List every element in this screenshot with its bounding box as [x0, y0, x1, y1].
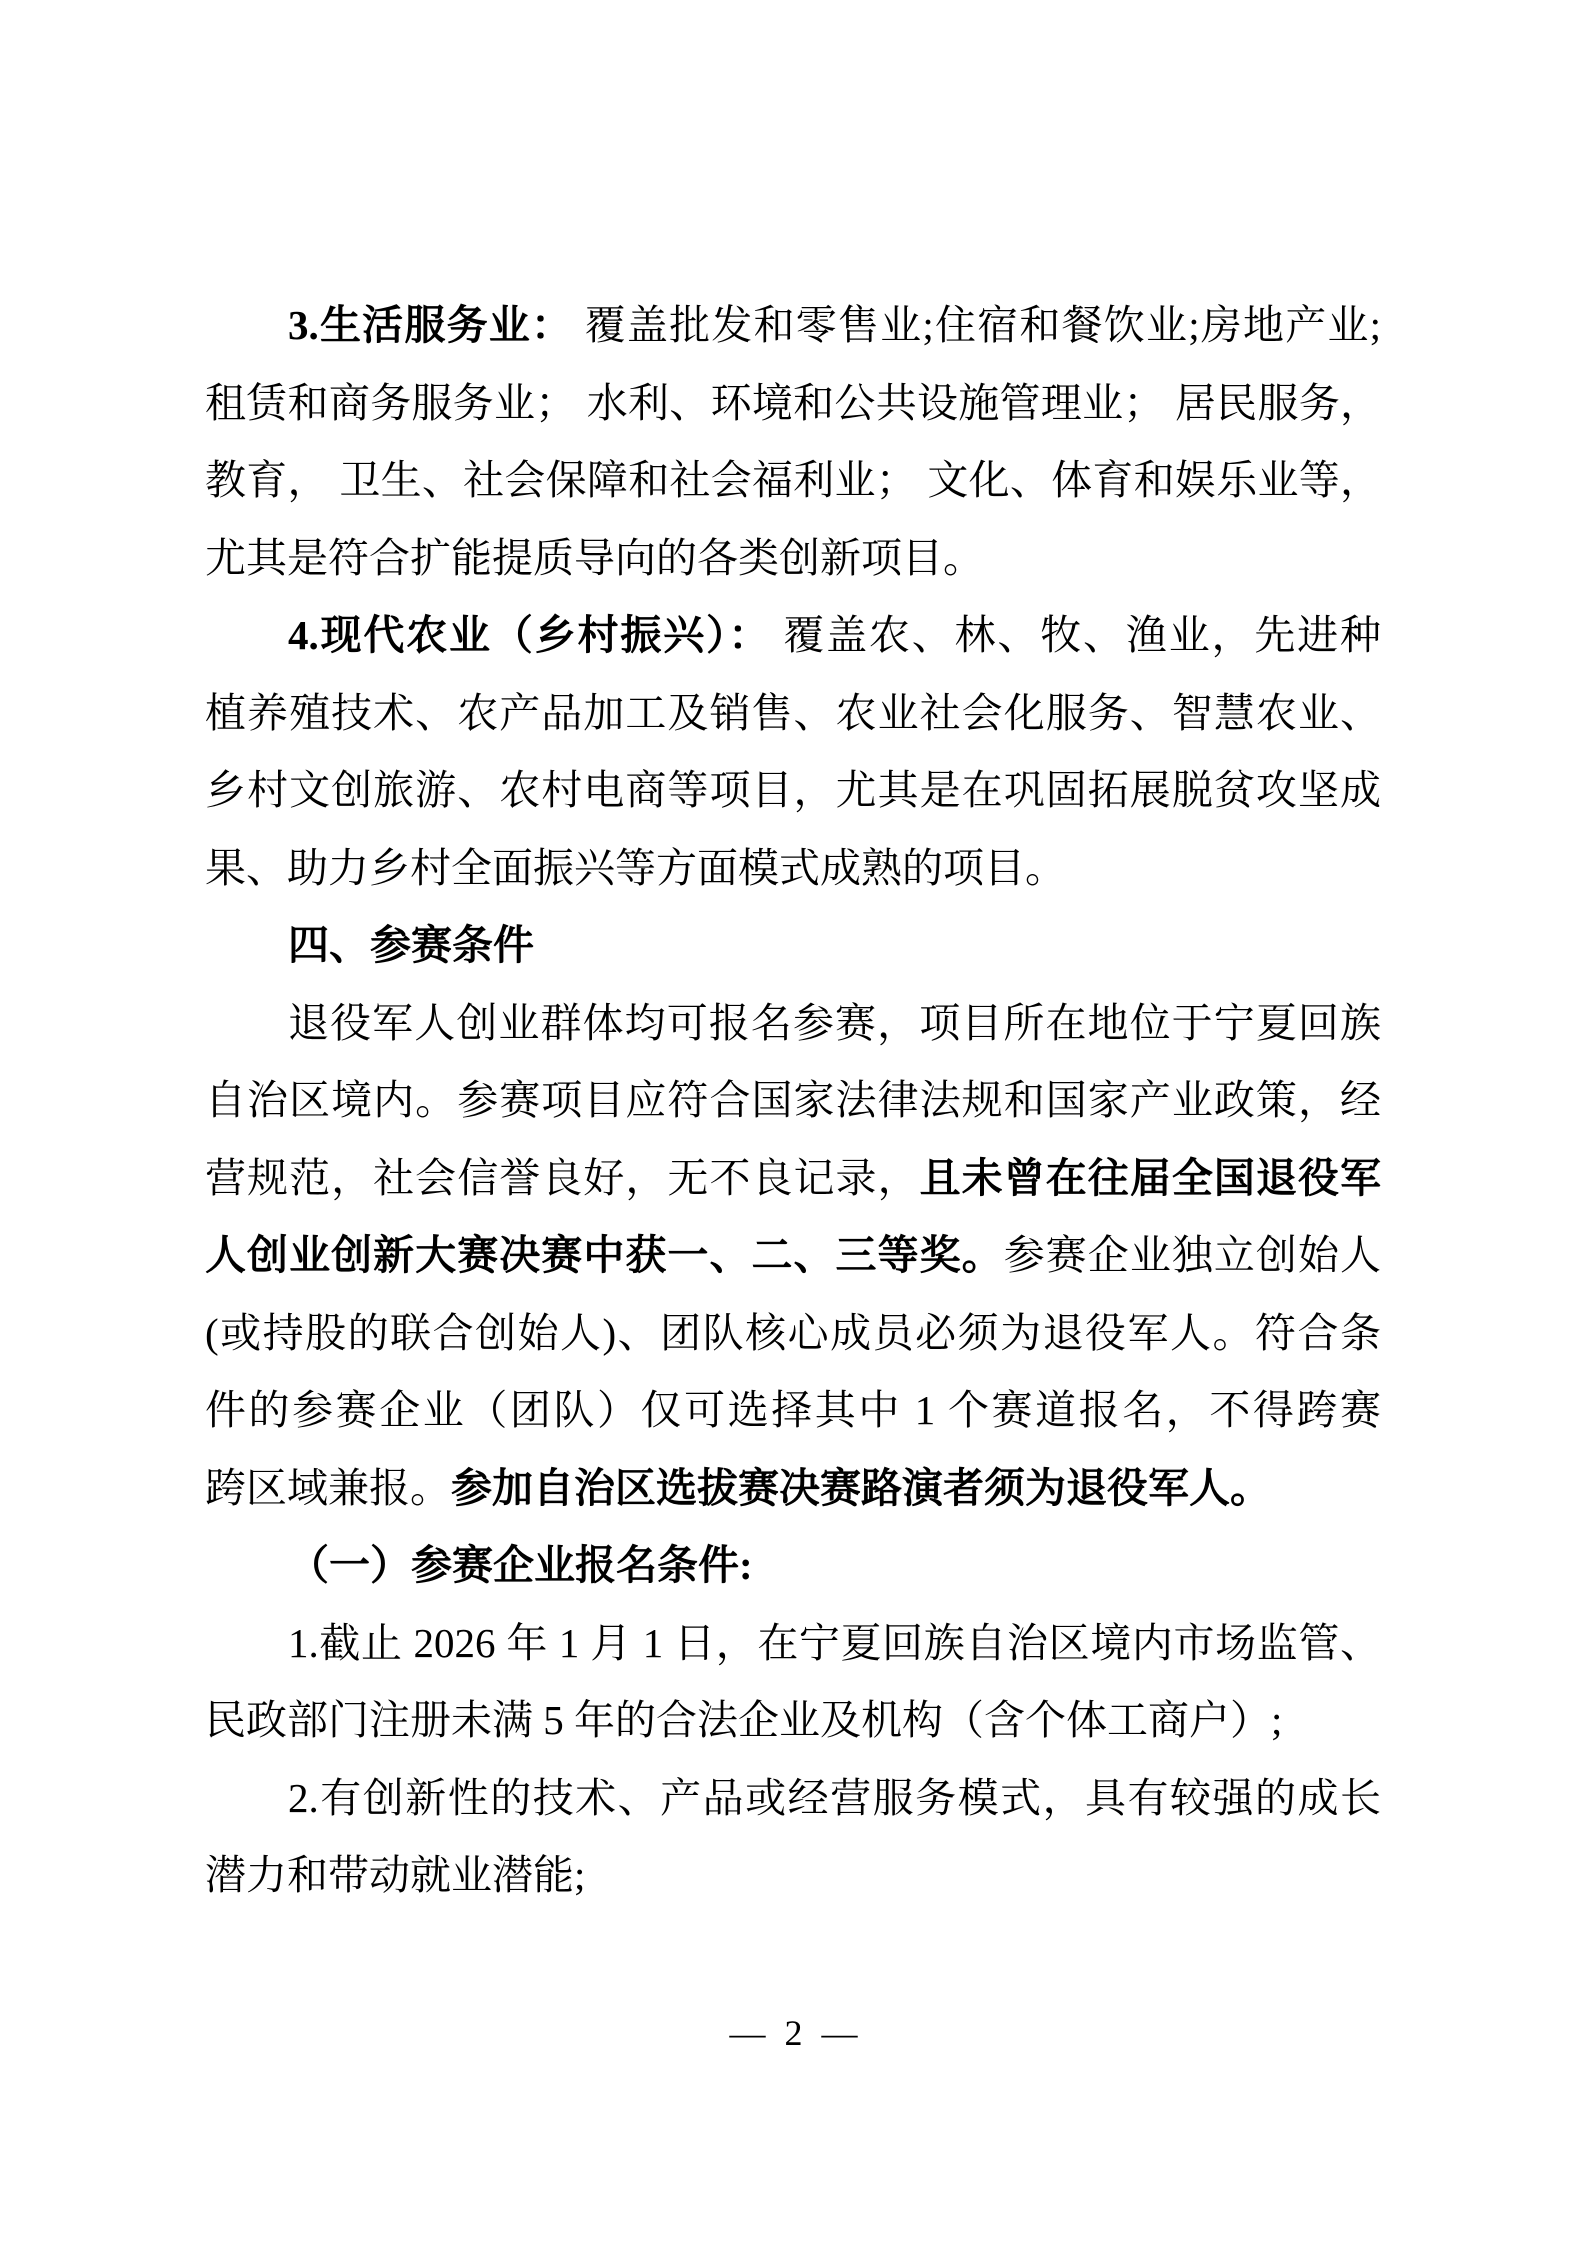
text-run: (或持股的联合创始人)、团队核心成员必须为退役军人。符合条: [205, 1310, 1381, 1356]
bold-text-run: 且未曾在往届全国退役军: [920, 1155, 1381, 1201]
text-run: 植养殖技术、农产品加工及销售、农业社会化服务、智慧农业、: [205, 690, 1381, 736]
bold-text-run: 3.生活服务业：: [288, 302, 573, 348]
subsection-heading: （一）参赛企业报名条件:: [205, 1527, 1381, 1605]
text-run: 教育， 卫生、社会保障和社会福利业； 文化、体育和娱乐业等，: [205, 457, 1381, 503]
text-line: 营规范，社会信誉良好，无不良记录，且未曾在往届全国退役军: [205, 1140, 1381, 1218]
bold-text-run: 人创业创新大赛决赛中获一、二、三等奖。: [205, 1232, 1004, 1278]
text-run: 自治区境内。参赛项目应符合国家法律法规和国家产业政策，经: [205, 1077, 1381, 1123]
text-line: 3.生活服务业： 覆盖批发和零售业;住宿和餐饮业;房地产业;: [205, 287, 1381, 365]
text-line: 租赁和商务服务业； 水利、环境和公共设施管理业； 居民服务，: [205, 365, 1381, 443]
text-line: 植养殖技术、农产品加工及销售、农业社会化服务、智慧农业、: [205, 675, 1381, 753]
text-line: 教育， 卫生、社会保障和社会福利业； 文化、体育和娱乐业等，: [205, 442, 1381, 520]
text-run: 潜力和带动就业潜能;: [205, 1852, 585, 1898]
document-page: 3.生活服务业： 覆盖批发和零售业;住宿和餐饮业;房地产业;租赁和商务服务业； …: [0, 0, 1587, 2245]
text-line: 乡村文创旅游、农村电商等项目，尤其是在巩固拓展脱贫攻坚成: [205, 752, 1381, 830]
text-line: 退役军人创业群体均可报名参赛，项目所在地位于宁夏回族: [205, 985, 1381, 1063]
text-run: 跨区域兼报。: [205, 1465, 451, 1511]
text-run: 退役军人创业群体均可报名参赛，项目所在地位于宁夏回族: [288, 1000, 1381, 1046]
text-run: 1.截止 2026 年 1 月 1 日，在宁夏回族自治区境内市场监管、: [288, 1620, 1381, 1666]
bold-text-run: 4.现代农业（乡村振兴）：: [288, 612, 771, 658]
text-line: (或持股的联合创始人)、团队核心成员必须为退役军人。符合条: [205, 1295, 1381, 1373]
bold-text-run: 四、参赛条件: [288, 922, 534, 968]
text-run: 参赛企业独立创始人: [1004, 1232, 1381, 1278]
text-run: 营规范，社会信誉良好，无不良记录，: [205, 1155, 920, 1201]
text-line: 潜力和带动就业潜能;: [205, 1837, 1381, 1915]
text-run: 件的参赛企业（团队）仅可选择其中 1 个赛道报名，不得跨赛道、: [205, 1387, 1381, 1450]
text-line: 民政部门注册未满 5 年的合法企业及机构（含个体工商户）;: [205, 1682, 1381, 1760]
text-line: 人创业创新大赛决赛中获一、二、三等奖。参赛企业独立创始人: [205, 1217, 1381, 1295]
bold-text-run: （一）参赛企业报名条件:: [288, 1542, 753, 1588]
text-run: 覆盖批发和零售业;住宿和餐饮业;房地产业;: [573, 302, 1381, 348]
section-heading: 四、参赛条件: [205, 907, 1381, 985]
text-line: 尤其是符合扩能提质导向的各类创新项目。: [205, 520, 1381, 598]
text-run: 乡村文创旅游、农村电商等项目，尤其是在巩固拓展脱贫攻坚成: [205, 767, 1381, 813]
text-line: 果、助力乡村全面振兴等方面模式成熟的项目。: [205, 830, 1381, 908]
text-line: 1.截止 2026 年 1 月 1 日，在宁夏回族自治区境内市场监管、: [205, 1605, 1381, 1683]
text-line: 自治区境内。参赛项目应符合国家法律法规和国家产业政策，经: [205, 1062, 1381, 1140]
text-run: 民政部门注册未满 5 年的合法企业及机构（含个体工商户）;: [205, 1697, 1282, 1743]
text-line: 2.有创新性的技术、产品或经营服务模式，具有较强的成长: [205, 1760, 1381, 1838]
page-number: — 2 —: [0, 2008, 1587, 2068]
text-line: 件的参赛企业（团队）仅可选择其中 1 个赛道报名，不得跨赛道、: [205, 1372, 1381, 1450]
text-run: 2.有创新性的技术、产品或经营服务模式，具有较强的成长: [288, 1775, 1381, 1821]
text-line: 4.现代农业（乡村振兴）： 覆盖农、林、牧、渔业，先进种: [205, 597, 1381, 675]
text-run: 尤其是符合扩能提质导向的各类创新项目。: [205, 535, 984, 581]
text-line: 跨区域兼报。参加自治区选拔赛决赛路演者须为退役军人。: [205, 1450, 1381, 1528]
text-run: 果、助力乡村全面振兴等方面模式成熟的项目。: [205, 845, 1066, 891]
text-run: 租赁和商务服务业； 水利、环境和公共设施管理业； 居民服务，: [205, 380, 1381, 426]
bold-text-run: 参加自治区选拔赛决赛路演者须为退役军人。: [451, 1465, 1271, 1511]
document-body: 3.生活服务业： 覆盖批发和零售业;住宿和餐饮业;房地产业;租赁和商务服务业； …: [205, 287, 1381, 1915]
text-run: 覆盖农、林、牧、渔业，先进种: [771, 612, 1381, 658]
